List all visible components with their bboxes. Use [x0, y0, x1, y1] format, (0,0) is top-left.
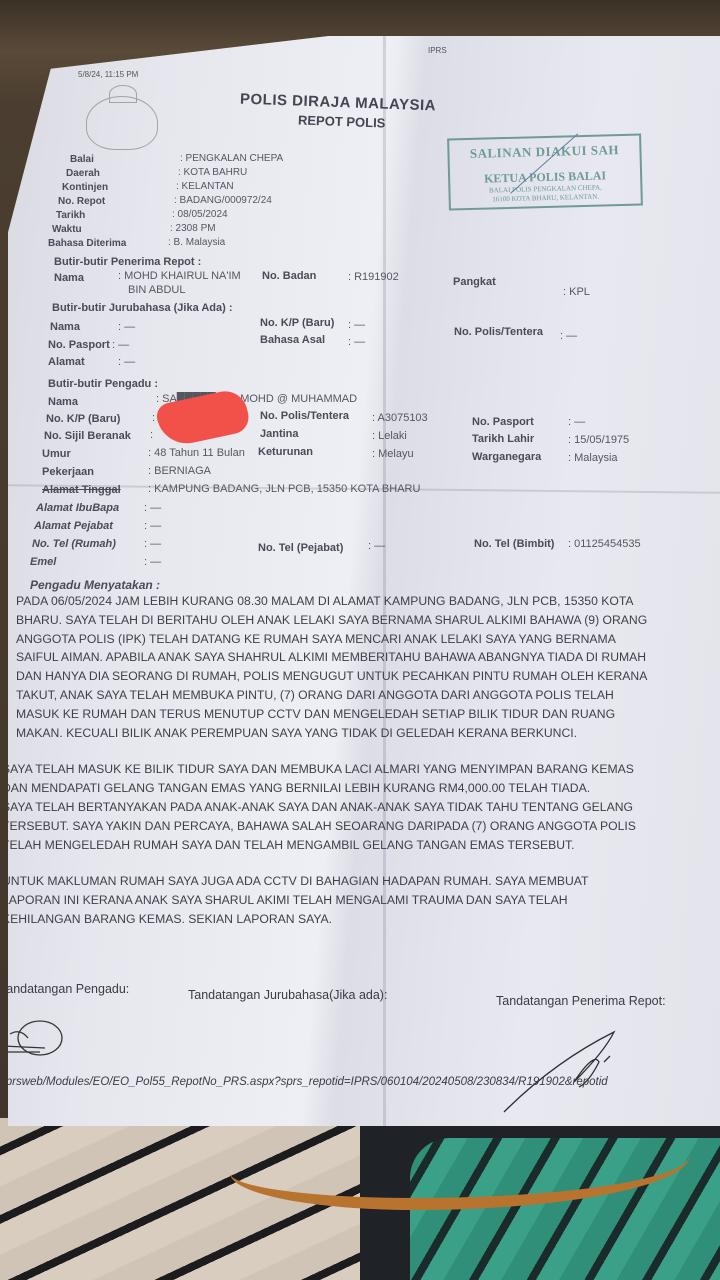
statement-line: SAYA TELAH MASUK KE BILIK TIDUR SAYA DAN…	[2, 760, 634, 779]
complainant-tel-mobile-value: : 01125454535	[568, 538, 641, 550]
complainant-passport-label: No. Pasport	[472, 416, 534, 428]
complainant-job-value: : BERNIAGA	[148, 465, 211, 477]
complainant-parents-value: : —	[144, 502, 161, 514]
statement-line: MAKAN. KECUALI BILIK ANAK PEREMPUAN SAYA…	[16, 724, 577, 743]
complainant-tel-office-value: : —	[368, 540, 385, 552]
interpreter-name-label: Nama	[50, 321, 80, 333]
document-subtitle: REPOT POLIS	[298, 112, 386, 130]
statement-heading: Pengadu Menyatakan :	[30, 578, 160, 592]
statement-line: KEHILANGAN BARANG KEMAS. SEKIAN LAPORAN …	[2, 910, 332, 929]
complainant-police-value: : A3075103	[372, 412, 428, 424]
statement-line: MASUK KE RUMAH DAN TERUS MENUTUP CCTV DA…	[16, 705, 615, 724]
report-info-value: : PENGKALAN CHEPA	[180, 153, 283, 164]
statement-line: PADA 06/05/2024 JAM LEBIH KURANG 08.30 M…	[16, 592, 634, 611]
interpreter-passport-value: : —	[112, 339, 129, 351]
statement-line: TAKUT, ANAK SAYA TELAH MEMBUKA PINTU, (7…	[16, 686, 614, 705]
complainant-age-value: : 48 Tahun 11 Bulan	[148, 447, 245, 459]
complainant-tel-office-label: No. Tel (Pejabat)	[258, 542, 343, 554]
complainant-job-label: Pekerjaan	[42, 466, 94, 478]
complainant-dob-value: : 15/05/1975	[568, 434, 629, 446]
statement-line: SAIFUL AIMAN. APABILA ANAK SAYA SHAHRUL …	[16, 648, 646, 667]
complainant-office-label: Alamat Pejabat	[34, 520, 113, 532]
interpreter-kp-value: : —	[348, 319, 365, 331]
complainant-race-value: : Melayu	[372, 448, 414, 460]
stamp-line: SALINAN DIAKUI SAH	[449, 142, 639, 163]
complainant-birthcert-value: :	[150, 429, 153, 441]
report-info-label: Kontinjen	[62, 182, 108, 193]
statement-line: LAPORAN INI KERANA ANAK SAYA SHARUL AKIM…	[2, 891, 568, 910]
report-info-label: Waktu	[52, 224, 82, 235]
report-info-value: : 08/05/2024	[172, 209, 228, 220]
printed-timestamp: 5/8/24, 11:15 PM	[78, 70, 138, 79]
statement-line: ANGGOTA POLIS (IPK) TELAH DATANG KE RUMA…	[16, 630, 616, 649]
statement-line: SAYA TELAH BERTANYAKAN PADA ANAK-ANAK SA…	[2, 798, 633, 817]
complainant-birthcert-label: No. Sijil Beranak	[44, 430, 131, 442]
complainant-tel-mobile-label: No. Tel (Bimbit)	[474, 538, 554, 550]
statement-line: TERSEBUT. SAYA YAKIN DAN PERCAYA, BAHAWA…	[2, 817, 636, 836]
report-info-value: : B. Malaysia	[168, 237, 225, 248]
report-info-value: : 2308 PM	[170, 223, 216, 234]
receiver-signature-label: Tandatangan Penerima Repot:	[496, 994, 666, 1008]
complainant-name-label: Nama	[48, 396, 78, 408]
report-info-value: : KOTA BAHRU	[178, 167, 247, 178]
receiver-badge-label: No. Badan	[262, 270, 316, 282]
complainant-gender-value: : Lelaki	[372, 430, 407, 442]
receiver-name-value: : MOHD KHAIRUL NA'IM	[118, 270, 241, 282]
receiver-badge-value: : R191902	[348, 271, 399, 283]
interpreter-police-value: : —	[560, 330, 577, 342]
complainant-passport-value: : —	[568, 416, 585, 428]
complainant-home-label: Alamat Tinggal	[42, 484, 121, 496]
complainant-tel-home-value: : —	[144, 538, 161, 550]
interpreter-address-label: Alamat	[48, 356, 85, 368]
complainant-email-value: : —	[144, 556, 161, 568]
receiver-heading: Butir-butir Penerima Repot :	[54, 256, 201, 268]
complainant-age-label: Umur	[42, 448, 71, 460]
interpreter-kp-label: No. K/P (Baru)	[260, 317, 334, 329]
complainant-signature-label: Tandatangan Pengadu:	[0, 982, 129, 996]
certified-copy-stamp: SALINAN DIAKUI SAH KETUA POLIS BALAI BAL…	[447, 133, 643, 210]
complainant-race-label: Keturunan	[258, 446, 313, 458]
complainant-kp-label: No. K/P (Baru)	[46, 413, 120, 425]
pdrm-crest-icon	[86, 96, 158, 150]
statement-line: DAN MENDAPATI GELANG TANGAN EMAS YANG BE…	[2, 779, 590, 798]
complainant-parents-label: Alamat IbuBapa	[36, 502, 119, 514]
interpreter-language-value: : —	[348, 336, 365, 348]
receiver-name-label: Nama	[54, 272, 84, 284]
interpreter-address-value: : —	[118, 356, 135, 368]
fold-line	[383, 36, 386, 1126]
footer-url: /iprsweb/Modules/EO/EO_Pol55_RepotNo_PRS…	[0, 1076, 608, 1088]
receiver-name-value-2: BIN ABDUL	[128, 284, 185, 296]
document-title: POLIS DIRAJA MALAYSIA	[240, 91, 437, 115]
receiver-signature	[494, 1022, 654, 1122]
report-info-label: Daerah	[66, 168, 100, 179]
complainant-heading: Butir-butir Pengadu :	[48, 378, 158, 390]
interpreter-name-value: : —	[118, 321, 135, 333]
statement-line: UNTUK MAKLUMAN RUMAH SAYA JUGA ADA CCTV …	[2, 872, 588, 891]
interpreter-police-label: No. Polis/Tentera	[454, 326, 543, 338]
report-info-label: Bahasa Diterima	[48, 238, 126, 249]
interpreter-heading: Butir-butir Jurubahasa (Jika Ada) :	[52, 302, 233, 314]
interpreter-language-label: Bahasa Asal	[260, 334, 325, 346]
statement-line: BHARU. SAYA TELAH DI BERITAHU OLEH ANAK …	[16, 611, 647, 630]
complainant-police-label: No. Polis/Tentera	[260, 410, 349, 422]
complainant-dob-label: Tarikh Lahir	[472, 433, 534, 445]
complainant-tel-home-label: No. Tel (Rumah)	[32, 538, 116, 550]
interpreter-signature-label: Tandatangan Jurubahasa(Jika ada):	[188, 988, 387, 1002]
complainant-email-label: Emel	[30, 556, 56, 568]
report-info-label: Balai	[70, 154, 94, 165]
police-report-document: 5/8/24, 11:15 PM IPRS POLIS DIRAJA MALAY…	[8, 36, 720, 1126]
complainant-gender-label: Jantina	[260, 428, 299, 440]
report-info-label: No. Repot	[58, 196, 105, 207]
interpreter-passport-label: No. Pasport	[48, 339, 110, 351]
statement-line: DAN HANYA DIA SEORANG DI RUMAH, POLIS ME…	[16, 667, 647, 686]
receiver-rank-label: Pangkat	[453, 276, 496, 288]
complainant-nationality-label: Warganegara	[472, 451, 541, 463]
complainant-nationality-value: : Malaysia	[568, 452, 618, 464]
system-code: IPRS	[428, 46, 447, 55]
report-info-label: Tarikh	[56, 210, 85, 221]
report-info-value: : KELANTAN	[176, 181, 234, 192]
complainant-signature	[0, 1016, 70, 1066]
statement-line: TELAH MENGELEDAH RUMAH SAYA DAN TELAH ME…	[2, 836, 575, 855]
receiver-rank-value: : KPL	[563, 286, 590, 298]
report-info-value: : BADANG/000972/24	[174, 195, 272, 206]
complainant-home-value: : KAMPUNG BADANG, JLN PCB, 15350 KOTA BH…	[148, 483, 420, 495]
complainant-office-value: : —	[144, 520, 161, 532]
